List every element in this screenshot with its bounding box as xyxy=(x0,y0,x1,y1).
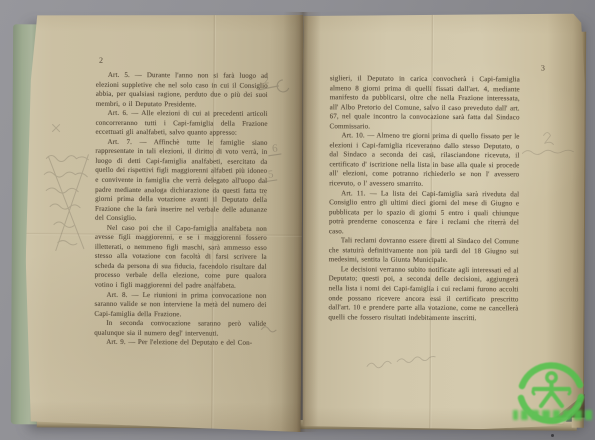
paragraph: Art. 10. — Almeno tre giorni prima di qu… xyxy=(329,131,519,189)
person-in-circle-icon xyxy=(521,365,581,420)
photo-background: 2 Art. 5. — Durante l'anno non si farà l… xyxy=(0,0,595,440)
paragraph: Art. 7. — Affinchè tutte le famiglie sia… xyxy=(95,138,268,225)
paragraph: Le decisioni verranno subito notificate … xyxy=(328,265,518,323)
paragraph: Tali reclami dovranno essere diretti al … xyxy=(329,236,519,266)
booklet: 2 Art. 5. — Durante l'anno non si farà l… xyxy=(0,0,595,440)
paragraph: Art. 8. — Le riunioni in prima convocazi… xyxy=(94,290,266,320)
page-number-left: 2 xyxy=(99,56,104,65)
paragraph: In seconda convocazione saranno però val… xyxy=(94,319,266,339)
watermark-logo xyxy=(508,360,595,434)
paragraph: siglieri, il Deputato in carica convoche… xyxy=(330,74,520,132)
paragraph: Nel caso poi che il Capo-famiglia analfa… xyxy=(95,224,267,292)
page-left: 2 Art. 5. — Durante l'anno non si farà l… xyxy=(23,10,304,432)
paragraph: Art. 6. — Alle elezioni di cui ai preced… xyxy=(95,109,267,139)
paragraph: Art. 5. — Durante l'anno non si farà luo… xyxy=(96,71,268,110)
dust-speck xyxy=(551,434,554,437)
left-page-text: Art. 5. — Durante l'anno non si farà luo… xyxy=(94,71,268,349)
right-page-text: siglieri, il Deputato in carica convoche… xyxy=(328,74,520,323)
paragraph: Art. 11. — La lista dei Capi-famiglia sa… xyxy=(329,189,519,238)
page-number-right: 3 xyxy=(541,63,546,72)
paragraph: Art. 9. — Per l'elezione del Deputato e … xyxy=(94,338,266,349)
